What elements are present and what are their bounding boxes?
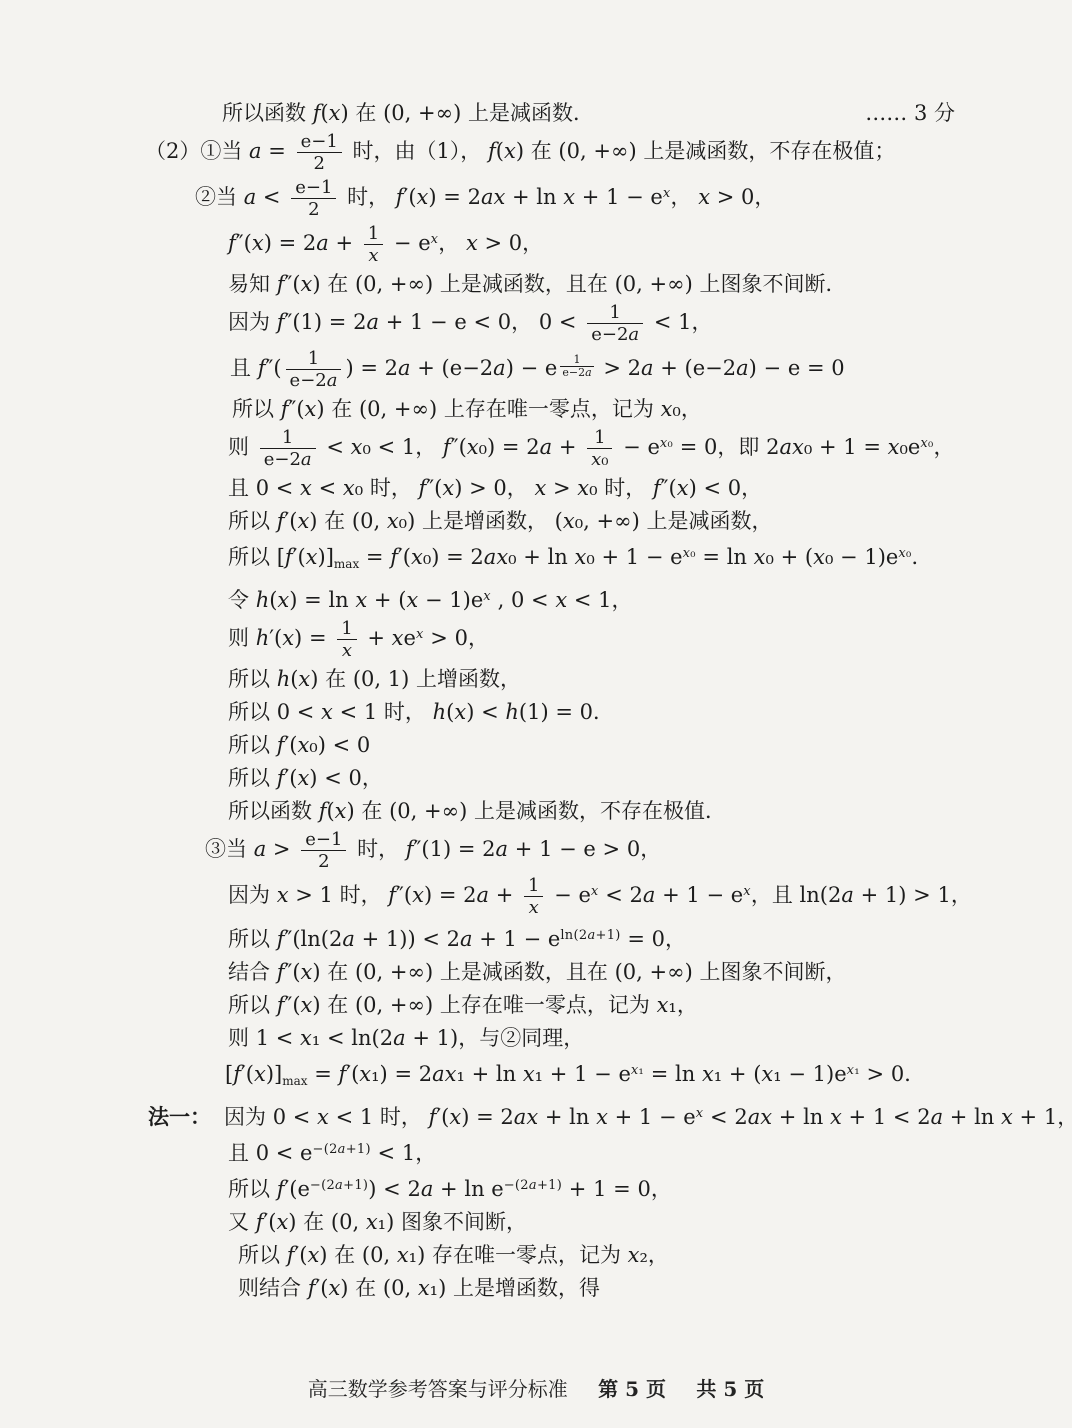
document-line: [f′(x)]max = f′(x₁) = 2ax₁ + ln x₁ + 1 −…	[225, 1056, 955, 1096]
fraction: 1e−2a	[587, 302, 643, 345]
page-footer: 高三数学参考答案与评分标准 第 5 页 共 5 页	[0, 1373, 1072, 1402]
document-line: 所以 h(x) 在 (0, 1) 上增函数，	[228, 664, 955, 694]
footer-title: 高三数学参考答案与评分标准	[308, 1377, 568, 1401]
fraction: 1x	[524, 875, 543, 918]
document-line: 因为 x > 1 时， f″(x) = 2a + 1x − ex < 2a + …	[228, 875, 955, 918]
document-line: 令 h(x) = ln x + (x − 1)ex , 0 < x < 1，	[228, 582, 955, 615]
document-line: 所以函数 f(x) 在 (0, +∞) 上是减函数，不存在极值．	[228, 796, 955, 826]
document-line: 所以 f″(ln(2a + 1)) < 2a + 1 − eln(2a+1) =…	[228, 921, 955, 954]
document-line: 则 1 < x₁ < ln(2a + 1)，与②同理，	[228, 1023, 955, 1053]
fraction: 1e−2a	[260, 427, 316, 470]
document-line: （2）①当 a = e−12 时，由（1）， f(x) 在 (0, +∞) 上是…	[145, 131, 955, 174]
document-line: ③当 a > e−12 时， f″(1) = 2a + 1 − e > 0，	[205, 829, 955, 872]
footer-page-number: 第 5 页	[598, 1377, 666, 1401]
document-line: 则 h′(x) = 1x + xex > 0，	[228, 618, 955, 661]
document-line: 则 1e−2a < x₀ < 1， f″(x₀) = 2a + 1x₀ − ex…	[228, 427, 955, 470]
document-line: 且 0 < x < x₀ 时， f″(x) > 0， x > x₀ 时， f″(…	[228, 473, 955, 503]
document-line: 易知 f″(x) 在 (0, +∞) 上是减函数，且在 (0, +∞) 上图象不…	[228, 269, 955, 299]
document-line: 所以函数 f(x) 在 (0, +∞) 上是减函数．…… 3 分	[222, 98, 955, 128]
fraction: 1x₀	[587, 427, 612, 470]
document-line: 所以 f′(x) < 0，	[228, 763, 955, 793]
fraction: 1e−2a	[286, 348, 342, 391]
document-line: 所以 0 < x < 1 时， h(x) < h(1) = 0．	[228, 697, 955, 727]
score-marker: …… 3 分	[865, 98, 955, 128]
document-line: 法一：因为 0 < x < 1 时， f′(x) = 2ax + ln x + …	[148, 1099, 955, 1132]
document-line: 所以 f′(x) 在 (0, x₁) 存在唯一零点，记为 x₂，	[238, 1240, 955, 1270]
document-line: 则结合 f′(x) 在 (0, x₁) 上是增函数，得	[238, 1273, 955, 1303]
document-line: 所以 f″(x) 在 (0, +∞) 上存在唯一零点，记为 x₁，	[228, 990, 955, 1020]
document-line: 所以 f′(x) 在 (0, x₀) 上是增函数， (x₀, +∞) 上是减函数…	[228, 506, 955, 536]
document-line: ②当 a < e−12 时， f′(x) = 2ax + ln x + 1 − …	[195, 177, 955, 220]
method-label: 法一：	[148, 1104, 211, 1129]
fraction: e−12	[297, 131, 342, 174]
footer-total-pages: 共 5 页	[696, 1377, 764, 1401]
fraction: 1x	[337, 618, 356, 661]
fraction: e−12	[301, 829, 346, 872]
document-page: 所以函数 f(x) 在 (0, +∞) 上是减函数．…… 3 分（2）①当 a …	[0, 0, 1072, 1428]
document-body: 所以函数 f(x) 在 (0, +∞) 上是减函数．…… 3 分（2）①当 a …	[130, 98, 955, 1306]
document-line: 所以 f′(x₀) < 0	[228, 730, 955, 760]
document-line: 又 f′(x) 在 (0, x₁) 图象不间断，	[228, 1207, 955, 1237]
fraction: 1x	[364, 223, 383, 266]
document-line: 且 f″(1e−2a) = 2a + (e−2a) − e1e−2a > 2a …	[230, 348, 955, 391]
document-line: 所以 f″(x) 在 (0, +∞) 上存在唯一零点，记为 x₀，	[232, 394, 955, 424]
fraction: 1e−2a	[560, 354, 593, 379]
fraction: e−12	[291, 177, 336, 220]
document-line: 所以 [f′(x)]max = f′(x₀) = 2ax₀ + ln x₀ + …	[228, 539, 955, 579]
document-line: 因为 f″(1) = 2a + 1 − e < 0， 0 < 1e−2a < 1…	[228, 302, 955, 345]
document-line: 且 0 < e−(2a+1) < 1，	[228, 1135, 955, 1168]
document-line: 所以 f′(e−(2a+1)) < 2a + ln e−(2a+1) + 1 =…	[228, 1171, 955, 1204]
document-line: 结合 f″(x) 在 (0, +∞) 上是减函数，且在 (0, +∞) 上图象不…	[228, 957, 955, 987]
document-line: f″(x) = 2a + 1x − ex， x > 0，	[228, 223, 955, 266]
